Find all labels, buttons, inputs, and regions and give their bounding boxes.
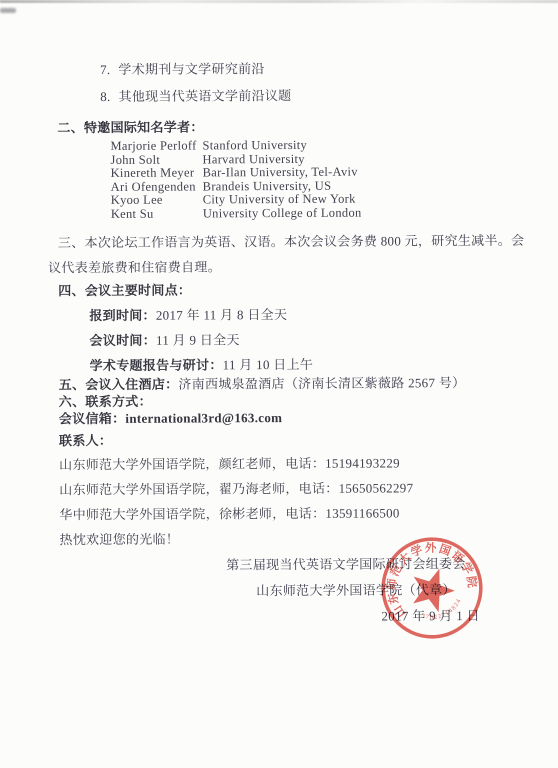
scholar-affiliation: Harvard University: [202, 152, 304, 167]
topic-item-number: 8.: [100, 89, 110, 104]
email-label: 会议信箱：: [59, 410, 126, 425]
scholar-row: Kent SuUniversity College of London: [111, 206, 519, 222]
contact-persons-header: 联系人：: [59, 429, 520, 448]
topic-item-8: 8.其他现当代英语文学前沿议题: [100, 86, 518, 105]
schedule-value: 11 月 9 日全天: [156, 332, 240, 347]
document-page: 7.学术期刊与文学研究前沿 8.其他现当代英语文学前沿议题 二、特邀国际知名学者…: [0, 0, 558, 768]
section-language-fee: 三、本次论坛工作语言为英语、汉语。本次会议会务费 800 元，研究生减半。会 议…: [58, 227, 519, 279]
contact-person-row: 山东师范大学外国语学院，颜红老师，电话：15194193229: [59, 453, 520, 472]
scholar-affiliation: City University of New York: [203, 192, 356, 207]
fee-line-2: 议代表差旅费和住宿费自理。: [48, 252, 519, 279]
schedule-label: 报到时间：: [89, 307, 156, 322]
contact-person-row: 山东师范大学外国语学院，翟乃海老师，电话：15650562297: [59, 478, 520, 497]
scholar-list: Marjorie PerloffStanford University John…: [110, 138, 518, 222]
hotel-label: 五、会议入住酒店：: [59, 376, 179, 392]
schedule-item-seminar: 学术专题报告与研讨：11 月 10 日上午: [90, 354, 520, 373]
topic-item-7: 7.学术期刊与文学研究前沿: [100, 59, 518, 78]
conference-email: international3rd@163.com: [125, 410, 282, 426]
conference-email-line: 会议信箱：international3rd@163.com: [59, 407, 520, 426]
schedule-item-meeting: 会议时间：11 月 9 日全天: [89, 329, 519, 348]
scholar-name: Kyoo Lee: [111, 194, 203, 208]
section-schedule-header: 四、会议主要时间点：: [58, 279, 519, 298]
scholar-affiliation: Brandeis University, US: [203, 179, 332, 194]
scan-edge-artifact: [0, 0, 558, 3]
scholar-name: Marjorie Perloff: [110, 139, 202, 153]
scholar-name: Kent Su: [111, 207, 203, 221]
scholar-affiliation: Stanford University: [202, 138, 307, 153]
topic-item-number: 7.: [100, 62, 110, 77]
section-invited-scholars-header: 二、特邀国际知名学者：: [57, 117, 518, 136]
schedule-value: 11 月 10 日上午: [223, 356, 314, 371]
hotel-value: 济南西城泉盈酒店（济南长清区紫薇路 2567 号）: [178, 375, 465, 392]
topic-item-text: 其他现当代英语文学前沿议题: [119, 88, 292, 104]
fee-line-1: 三、本次论坛工作语言为英语、汉语。本次会议会务费 800 元，研究生减半。会: [58, 227, 519, 254]
schedule-label: 学术专题报告与研讨：: [90, 357, 223, 373]
topic-item-text: 学术期刊与文学研究前沿: [118, 61, 264, 77]
official-red-seal: 山东师范大学外国语学院 370227148241: [378, 534, 486, 642]
scholar-affiliation: Bar-Ilan University, Tel-Aviv: [203, 165, 358, 180]
scan-smudge-artifact: [0, 8, 16, 13]
schedule-label: 会议时间：: [89, 332, 156, 347]
contact-person-row: 华中师范大学外国语学院，徐彬老师，电话：13591166500: [59, 503, 520, 522]
schedule-item-checkin: 报到时间：2017 年 11 月 8 日全天: [89, 304, 519, 323]
schedule-value: 2017 年 11 月 8 日全天: [156, 307, 287, 323]
scholar-affiliation: University College of London: [203, 206, 362, 221]
section-hotel: 五、会议入住酒店：济南西城泉盈酒店（济南长清区紫薇路 2567 号）: [59, 373, 520, 392]
